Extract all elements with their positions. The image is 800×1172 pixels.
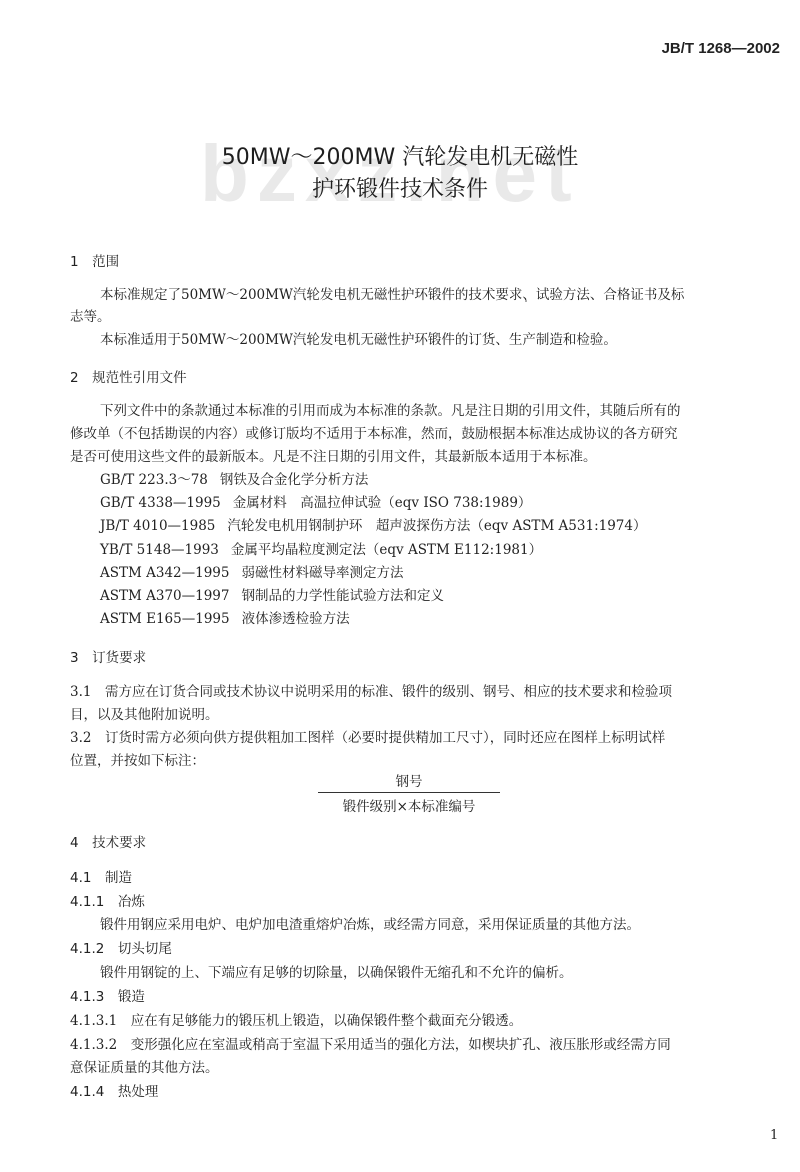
clause-4-1-4-heading: 4.1.4 热处理 <box>70 1080 158 1100</box>
reference-code: GB/T 223.3～78 <box>100 468 208 488</box>
reference-title: 弱磁性材料磁导率测定方法 <box>242 565 404 581</box>
document-title-line2: 护环锻件技术条件 <box>0 172 800 203</box>
clause-3-2-line1: 3.2 订货时需方必须向供方提供粗加工图样（必要时提供精加工尺寸），同时还应在图… <box>70 726 665 746</box>
section-1-heading: 1 范围 <box>70 250 119 270</box>
scan-speck <box>525 300 527 302</box>
reference-code: JB/T 4010—1985 <box>100 518 215 534</box>
reference-code: ASTM A342—1995 <box>100 565 230 581</box>
section-1-para2: 本标准适用于50MW～200MW汽轮发电机无磁性护环锻件的订货、生产制造和检验。 <box>100 328 617 348</box>
document-title-line1: 50MW～200MW 汽轮发电机无磁性 <box>0 140 800 171</box>
section-3-heading: 3 订货要求 <box>70 646 146 666</box>
standard-code: JB/T 1268—2002 <box>662 40 780 57</box>
clause-4-1-3-2-line1: 4.1.3.2 变形强化应在室温或稍高于室温下采用适当的强化方法，如楔块扩孔、液… <box>70 1033 671 1053</box>
reference-code: ASTM A370—1997 <box>100 588 230 604</box>
clause-4-1-1-text: 锻件用钢应采用电炉、电炉加电渣重熔炉冶炼，或经需方同意，采用保证质量的其他方法。 <box>100 913 640 933</box>
clause-4-1-3-heading: 4.1.3 锻造 <box>70 985 145 1005</box>
reference-title: 液体渗透检验方法 <box>242 611 350 627</box>
section-2-para-line3: 是否可使用这些文件的最新版本。凡是不注日期的引用文件，其最新版本适用于本标准。 <box>70 445 597 465</box>
page-number: 1 <box>770 1128 778 1143</box>
reference-item: GB/T 4338—1995金属材料 高温拉伸试验（eqv ISO 738:19… <box>100 491 531 511</box>
clause-3-1-line1: 3.1 需方应在订货合同或技术协议中说明采用的标准、锻件的级别、钢号、相应的技术… <box>70 680 672 700</box>
reference-item: GB/T 223.3～78钢铁及合金化学分析方法 <box>100 468 368 488</box>
reference-item: YB/T 5148—1993金属平均晶粒度测定法（eqv ASTM E112:1… <box>100 538 542 558</box>
section-2-para-line1: 下列文件中的条款通过本标准的引用而成为本标准的条款。凡是注日期的引用文件，其随后… <box>100 399 681 419</box>
section-2-para-line2: 修改单（不包括勘误的内容）或修订版均不适用于本标准，然而，鼓励根据本标准达成协议… <box>70 422 678 442</box>
marking-fraction: 钢号 锻件级别×本标准编号 <box>318 770 500 815</box>
clause-3-1-line2: 目，以及其他附加说明。 <box>70 703 219 723</box>
reference-title: 汽轮发电机用钢制护环 超声波探伤方法（eqv ASTM A531:1974） <box>227 518 646 534</box>
reference-item: JB/T 4010—1985汽轮发电机用钢制护环 超声波探伤方法（eqv AST… <box>100 514 646 534</box>
clause-4-1-2-heading: 4.1.2 切头切尾 <box>70 937 172 957</box>
section-4-heading: 4 技术要求 <box>70 831 146 851</box>
section-2-heading: 2 规范性引用文件 <box>70 366 187 386</box>
reference-code: ASTM E165—1995 <box>100 611 230 627</box>
clause-4-1-heading: 4.1 制造 <box>70 866 132 886</box>
reference-item: ASTM A342—1995弱磁性材料磁导率测定方法 <box>100 561 404 581</box>
marking-numerator: 钢号 <box>318 770 500 793</box>
reference-title: 钢制品的力学性能试验方法和定义 <box>242 588 445 604</box>
clause-4-1-2-text: 锻件用钢锭的上、下端应有足够的切除量，以确保锻件无缩孔和不允许的偏析。 <box>100 961 573 981</box>
clause-4-1-1-heading: 4.1.1 冶炼 <box>70 890 145 910</box>
reference-code: GB/T 4338—1995 <box>100 495 221 511</box>
reference-title: 金属平均晶粒度测定法（eqv ASTM E112:1981） <box>231 542 542 558</box>
reference-code: YB/T 5148—1993 <box>100 542 219 558</box>
marking-denominator: 锻件级别×本标准编号 <box>318 793 500 815</box>
clause-4-1-3-2-line2: 意保证质量的其他方法。 <box>70 1056 219 1076</box>
reference-item: ASTM A370—1997钢制品的力学性能试验方法和定义 <box>100 584 444 604</box>
clause-3-2-line2: 位置，并按如下标注： <box>70 749 205 769</box>
reference-title: 钢铁及合金化学分析方法 <box>220 472 369 488</box>
reference-item: ASTM E165—1995液体渗透检验方法 <box>100 607 350 627</box>
section-1-para1-line2: 志等。 <box>70 305 111 325</box>
section-1-para1-line1: 本标准规定了50MW～200MW汽轮发电机无磁性护环锻件的技术要求、试验方法、合… <box>100 283 684 303</box>
reference-title: 金属材料 高温拉伸试验（eqv ISO 738:1989） <box>233 495 532 511</box>
clause-4-1-3-1: 4.1.3.1 应在有足够能力的锻压机上锻造，以确保锻件整个截面充分锻透。 <box>70 1009 522 1029</box>
